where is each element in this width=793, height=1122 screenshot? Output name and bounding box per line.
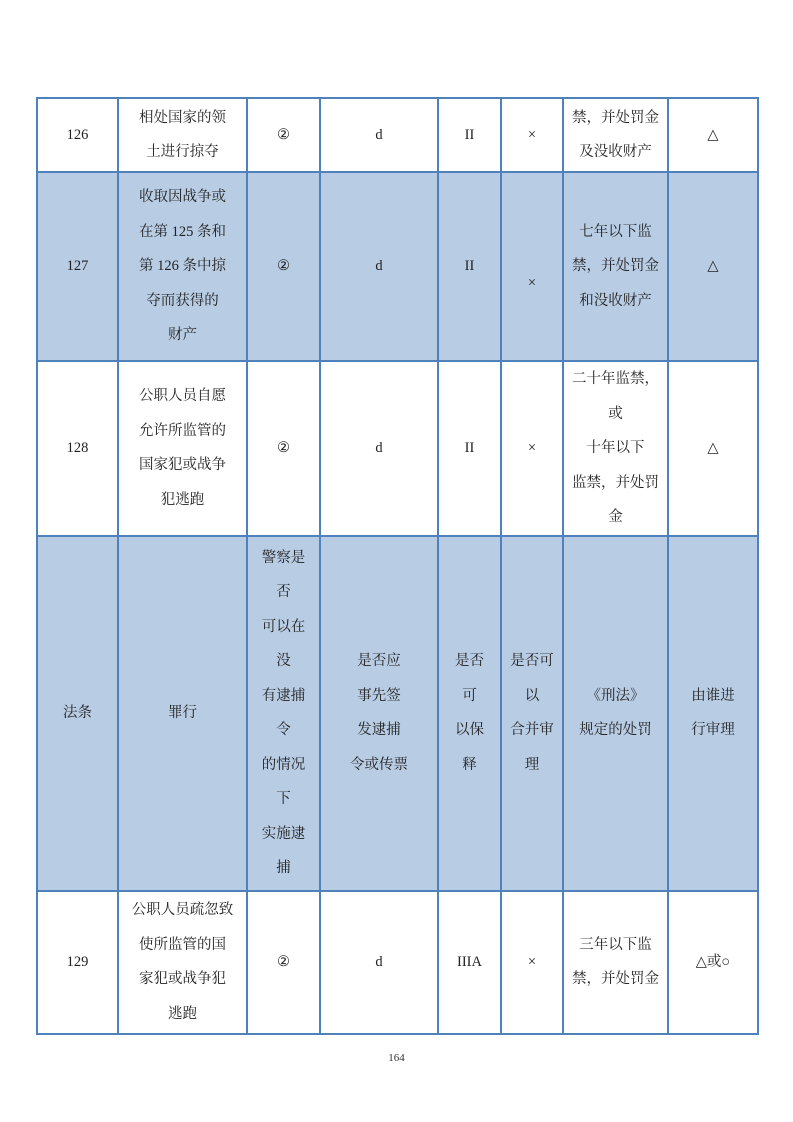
arrest-cell: ②	[247, 172, 320, 361]
joint-trial-cell: ×	[501, 172, 563, 361]
joint-trial-cell: ×	[501, 891, 563, 1034]
header-arrest-without-warrant: 警察是 否 可以在 没 有逮捕 令 的情况 下 实施逮 捕	[247, 536, 320, 891]
offense-cell: 公职人员自愿 允许所监管的 国家犯或战争 犯逃跑	[118, 361, 247, 536]
tried-by-cell: △	[668, 98, 758, 172]
arrest-cell: ②	[247, 98, 320, 172]
offense-cell: 收取因战争或 在第 125 条和 第 126 条中掠 夺而获得的 财产	[118, 172, 247, 361]
joint-trial-cell: ×	[501, 361, 563, 536]
penalty-cell: 七年以下监 禁，并处罚金 和没收财产	[563, 172, 668, 361]
header-bail: 是否 可 以保 释	[438, 536, 501, 891]
joint-trial-cell: ×	[501, 98, 563, 172]
table-header-row: 法条 罪行 警察是 否 可以在 没 有逮捕 令 的情况 下 实施逮 捕 是否应 …	[37, 536, 758, 891]
table-row-126: 126 相处国家的领 土进行掠夺 ② d II × 禁，并处罚金 及没收财产 △	[37, 98, 758, 172]
offense-cell: 相处国家的领 土进行掠夺	[118, 98, 247, 172]
table-row-127: 127 收取因战争或 在第 125 条和 第 126 条中掠 夺而获得的 财产 …	[37, 172, 758, 361]
warrant-cell: d	[320, 98, 438, 172]
header-offense: 罪行	[118, 536, 247, 891]
law-table: 126 相处国家的领 土进行掠夺 ② d II × 禁，并处罚金 及没收财产 △…	[36, 97, 759, 1035]
header-tried-by: 由谁进 行审理	[668, 536, 758, 891]
penalty-cell: 二十年监禁，或 十年以下 监禁，并处罚 金	[563, 361, 668, 536]
article-cell: 129	[37, 891, 118, 1034]
header-article: 法条	[37, 536, 118, 891]
offense-cell: 公职人员疏忽致 使所监管的国 家犯或战争犯 逃跑	[118, 891, 247, 1034]
arrest-cell: ②	[247, 891, 320, 1034]
header-joint-trial: 是否可 以 合并审 理	[501, 536, 563, 891]
penalty-cell: 禁，并处罚金 及没收财产	[563, 98, 668, 172]
tried-by-cell: △	[668, 172, 758, 361]
warrant-cell: d	[320, 172, 438, 361]
bail-cell: IIIA	[438, 891, 501, 1034]
article-cell: 126	[37, 98, 118, 172]
article-cell: 127	[37, 172, 118, 361]
penalty-cell: 三年以下监 禁，并处罚金	[563, 891, 668, 1034]
table-row-128: 128 公职人员自愿 允许所监管的 国家犯或战争 犯逃跑 ② d II × 二十…	[37, 361, 758, 536]
bail-cell: II	[438, 361, 501, 536]
tried-by-cell: △或○	[668, 891, 758, 1034]
arrest-cell: ②	[247, 361, 320, 536]
warrant-cell: d	[320, 361, 438, 536]
header-warrant-or-summons: 是否应 事先签 发逮捕 令或传票	[320, 536, 438, 891]
table-row-129: 129 公职人员疏忽致 使所监管的国 家犯或战争犯 逃跑 ② d IIIA × …	[37, 891, 758, 1034]
article-cell: 128	[37, 361, 118, 536]
warrant-cell: d	[320, 891, 438, 1034]
bail-cell: II	[438, 98, 501, 172]
tried-by-cell: △	[668, 361, 758, 536]
header-penalty: 《刑法》 规定的处罚	[563, 536, 668, 891]
bail-cell: II	[438, 172, 501, 361]
page-number: 164	[0, 1052, 793, 1064]
